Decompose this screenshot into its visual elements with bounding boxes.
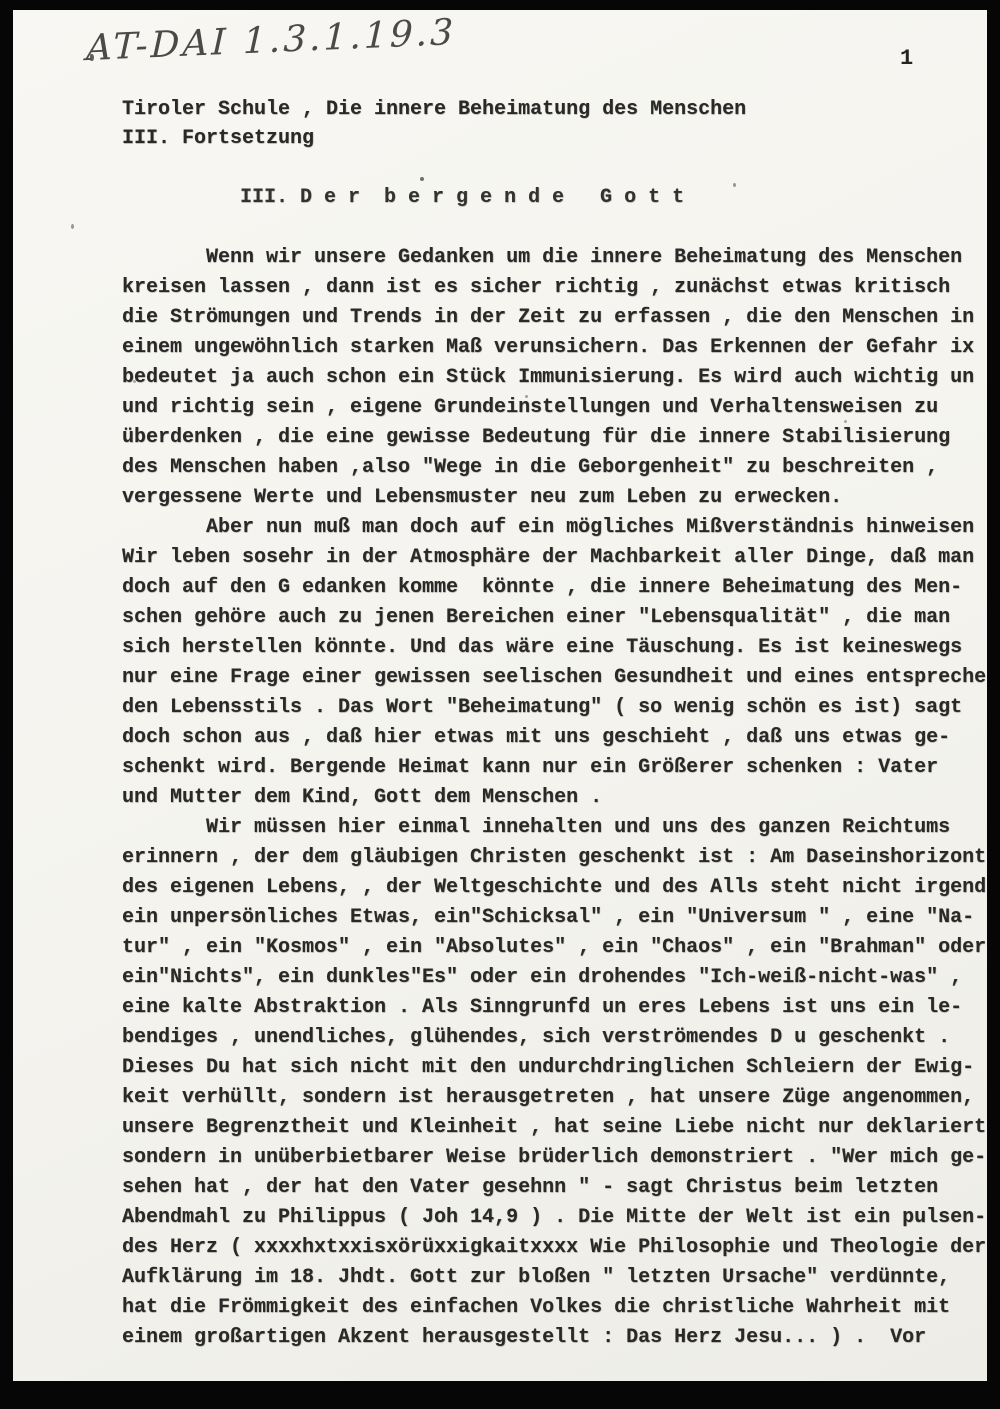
body-line: vergessene Werte und Lebensmuster neu zu… <box>122 483 987 513</box>
scan-speck <box>71 224 74 229</box>
body-line: erinnern , der dem gläubigen Christen ge… <box>122 843 987 873</box>
body-line: doch schon aus , daß hier etwas mit uns … <box>122 723 987 753</box>
body-line: die Strömungen und Trends in der Zeit zu… <box>122 303 987 333</box>
scan-speck <box>733 183 736 187</box>
body-line: einem ungewöhnlich starken Maß verunsich… <box>122 333 987 363</box>
body-line: schen gehöre auch zu jenen Bereichen ein… <box>122 603 987 633</box>
scan-speck <box>90 54 94 61</box>
body-text: Wenn wir unsere Gedanken um die innere B… <box>122 243 987 1353</box>
section-heading: III. D e r b e r g e n d e G o t t <box>240 186 684 209</box>
body-line: einem großartigen Akzent herausgestellt … <box>122 1323 987 1353</box>
scanned-page: AT-DAI 1.3.1.19.3 1 Tiroler Schule , Die… <box>13 10 987 1381</box>
body-line: unsere Begrenztheit und Kleinheit , hat … <box>122 1113 987 1143</box>
body-line: Aufklärung im 18. Jhdt. Gott zur bloßen … <box>122 1263 987 1293</box>
body-line: kreisen lassen , dann ist es sicher rich… <box>122 273 987 303</box>
body-line: bedeutet ja auch schon ein Stück Immunis… <box>122 363 987 393</box>
scan-speck <box>844 420 847 423</box>
body-line: sich herstellen könnte. Und das wäre ein… <box>122 633 987 663</box>
body-line: den Lebensstils . Das Wort "Beheimatung"… <box>122 693 987 723</box>
scan-speck <box>133 380 136 383</box>
body-line: Wir leben sosehr in der Atmosphäre der M… <box>122 543 987 573</box>
scan-speck <box>420 177 424 181</box>
document-header: Tiroler Schule , Die innere Beheimatung … <box>122 95 746 153</box>
body-line: doch auf den G edanken komme könnte , di… <box>122 573 987 603</box>
scan-speck <box>525 395 528 398</box>
body-line: Wir müssen hier einmal innehalten und un… <box>122 813 987 843</box>
document-title: Tiroler Schule , Die innere Beheimatung … <box>122 95 746 124</box>
body-line: des Menschen haben ,also "Wege in die Ge… <box>122 453 987 483</box>
body-line: und richtig sein , eigene Grundeinstellu… <box>122 393 987 423</box>
body-line: eine kalte Abstraktion . Als Sinngrunfd … <box>122 993 987 1023</box>
handwritten-archive-reference: AT-DAI 1.3.1.19.3 <box>86 12 457 69</box>
body-line: Abendmahl zu Philippus ( Joh 14,9 ) . Di… <box>122 1203 987 1233</box>
body-line: keit verhüllt, sondern ist herausgetrete… <box>122 1083 987 1113</box>
body-line: sehen hat , der hat den Vater gesehnn " … <box>122 1173 987 1203</box>
document-subtitle: III. Fortsetzung <box>122 124 746 153</box>
body-line: sondern in unüberbietbarer Weise brüderl… <box>122 1143 987 1173</box>
body-line: und Mutter dem Kind, Gott dem Menschen . <box>122 783 987 813</box>
body-line: Aber nun muß man doch auf ein mögliches … <box>122 513 987 543</box>
body-line: ein"Nichts", ein dunkles"Es" oder ein dr… <box>122 963 987 993</box>
body-line: des eigenen Lebens, , der Weltgeschichte… <box>122 873 987 903</box>
body-line: Dieses Du hat sich nicht mit den undurch… <box>122 1053 987 1083</box>
body-line: nur eine Frage einer gewissen seelischen… <box>122 663 987 693</box>
body-line: hat die Frömmigkeit des einfachen Volkes… <box>122 1293 987 1323</box>
body-line: ein unpersönliches Etwas, ein"Schicksal"… <box>122 903 987 933</box>
body-line: Wenn wir unsere Gedanken um die innere B… <box>122 243 987 273</box>
page-number: 1 <box>900 46 913 71</box>
body-line: schenkt wird. Bergende Heimat kann nur e… <box>122 753 987 783</box>
body-line: tur" , ein "Kosmos" , ein "Absolutes" , … <box>122 933 987 963</box>
body-line: des Herz ( xxxxhxtxxisxörüxxigkaitxxxx W… <box>122 1233 987 1263</box>
body-line: bendiges , unendliches, glühendes, sich … <box>122 1023 987 1053</box>
body-line: überdenken , die eine gewisse Bedeutung … <box>122 423 987 453</box>
